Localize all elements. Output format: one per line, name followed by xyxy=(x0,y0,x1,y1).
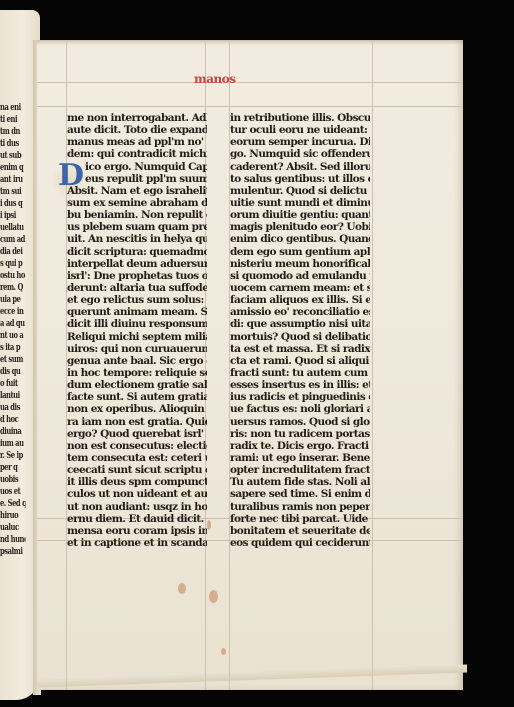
text-line: mensa eoru coram ipsis in laqueu: xyxy=(67,525,207,537)
text-line: et sum xyxy=(0,354,26,366)
text-line: go. Numquid sic offenderunt ut xyxy=(230,148,370,160)
text-line: enim dico gentibus. Quandiu qui xyxy=(230,233,370,245)
text-line: ti eni xyxy=(0,114,26,126)
text-line: i ipsi xyxy=(0,210,26,222)
text-line: forte nec tibi parcat. Uide ergo xyxy=(230,513,370,525)
text-line: ra iam non est gratia. Quid xyxy=(67,416,207,428)
text-line: uitie sunt mundi et diminutio e xyxy=(230,197,370,209)
text-line: per q xyxy=(0,462,26,474)
text-line: uocem carnem meam: et saluos xyxy=(230,282,370,294)
text-line: tur oculi eoru ne uideant: et dorsum xyxy=(230,124,370,136)
text-line: culos ut non uideant et aures xyxy=(67,488,207,500)
text-line: dem ego sum gentium aplus mi xyxy=(230,246,370,258)
text-line: e. Sed q xyxy=(0,498,26,510)
text-line: dicit illi diuinu responsum? xyxy=(67,318,207,330)
text-line: sum ex semine abraham de tri xyxy=(67,197,207,209)
text-line: rem. Q xyxy=(0,282,26,294)
text-line: ua dis xyxy=(0,402,26,414)
text-line: di: que assumptio nisi uita ex xyxy=(230,318,370,330)
text-line: uos et xyxy=(0,486,26,498)
text-line: d hoc xyxy=(0,414,26,426)
text-line: lantui xyxy=(0,390,26,402)
text-line: mulentur. Quod si delictu eo' di xyxy=(230,185,370,197)
text-line: mortuis? Quod si delibatio sanc xyxy=(230,331,370,343)
text-line: ceecati sunt sicut scriptu est. Ded xyxy=(67,464,207,476)
text-line: si quomodo ad emulandu pro xyxy=(230,270,370,282)
text-line: tm sui xyxy=(0,186,26,198)
text-line: uia pe xyxy=(0,294,26,306)
text-line: ue factus es: noli gloriari ad xyxy=(230,403,370,415)
text-line: isrl': Dne prophetas tuos occi xyxy=(67,270,207,282)
text-line: eus repulit ppl'm suum? xyxy=(67,173,207,185)
text-line: facte sunt. Si autem gratia: ia xyxy=(67,391,207,403)
text-line: ris: non tu radicem portas: sed xyxy=(230,428,370,440)
text-line: ta est et massa. Et si radix sa xyxy=(230,343,370,355)
text-line: ant iru xyxy=(0,174,26,186)
text-line: ius radicis et pinguedinis oli xyxy=(230,391,370,403)
text-line: in hoc tempore: reliquie secu xyxy=(67,367,207,379)
text-line: non ex operibus. Alioquin g xyxy=(67,403,207,415)
ruling-line-right-outer xyxy=(372,40,373,690)
text-line: s ita p xyxy=(0,342,26,354)
text-line: nd hunc xyxy=(0,534,26,546)
text-column-left: me non interrogabant. Adhucaute dicit. T… xyxy=(67,112,207,549)
text-line: na eni xyxy=(0,102,26,114)
text-line: fracti sunt: tu autem cum oleaster xyxy=(230,367,370,379)
text-line: opter incredulitatem fracti sunt. xyxy=(230,464,370,476)
foxing-stain xyxy=(221,648,226,655)
text-line: esses insertus es in illis: et soc xyxy=(230,379,370,391)
text-line: hiruo xyxy=(0,510,26,522)
text-line: psalmi xyxy=(0,546,26,558)
text-line: non est consecutus: electio au xyxy=(67,440,207,452)
text-line: caderent? Absit. Sed illorum delic xyxy=(230,161,370,173)
text-line: manus meas ad ppl'm no' cre xyxy=(67,136,207,148)
text-line: Reliqui michi septem milia xyxy=(67,331,207,343)
text-line: diuina xyxy=(0,426,26,438)
text-line: ecce in xyxy=(0,306,26,318)
text-line: ico ergo. Numquid Cap. xi xyxy=(67,161,207,173)
text-line: us plebem suam quam pre xyxy=(67,221,207,233)
text-line: faciam aliquos ex illis. Si enim xyxy=(230,294,370,306)
text-line: a ad qu xyxy=(0,318,26,330)
text-line: o fuit xyxy=(0,378,26,390)
foxing-stain xyxy=(207,520,211,530)
text-line: ut non audiant: usqz in hodi xyxy=(67,501,207,513)
text-line: magis plenitudo eor? Uobis xyxy=(230,221,370,233)
text-line: ut sub xyxy=(0,150,26,162)
text-line: amissio eo' reconciliatio est mu xyxy=(230,306,370,318)
text-line: et in captione et in scandalu et xyxy=(67,537,207,549)
text-line: dum electionem gratie salue xyxy=(67,379,207,391)
foxing-stain xyxy=(209,590,218,603)
text-line: querunt animam meam. Sed qd xyxy=(67,306,207,318)
text-line: s qui p xyxy=(0,258,26,270)
text-line: bu beniamin. Non repulit de xyxy=(67,209,207,221)
text-line: derunt: altaria tua suffoderut. xyxy=(67,282,207,294)
text-line: tem consecuta est: ceteri uo ex xyxy=(67,452,207,464)
text-line: et ego relictus sum solus: et xyxy=(67,294,207,306)
text-line: it illis deus spm compunctionis: o xyxy=(67,476,207,488)
text-line: ualuc xyxy=(0,522,26,534)
text-line: dicit scriptura: quemadmodu xyxy=(67,246,207,258)
text-line: to salus gentibus: ut illos e xyxy=(230,173,370,185)
text-line: uiros: qui non curuauerunt xyxy=(67,343,207,355)
ruling-line-head xyxy=(37,106,463,107)
text-column-right: in retributione illis. Obscuretur oculi … xyxy=(230,112,370,549)
text-line: enim q xyxy=(0,162,26,174)
facing-page-text: na eniti enitm dnti dusut subenim qant i… xyxy=(0,102,26,558)
text-line: Tu autem fide stas. Noli altu xyxy=(230,476,370,488)
text-line: in retributione illis. Obscure xyxy=(230,112,370,124)
text-line: ergo? Quod querebat isrl' hoc xyxy=(67,428,207,440)
text-line: ti dus xyxy=(0,138,26,150)
text-line: tm dn xyxy=(0,126,26,138)
text-line: me non interrogabant. Adhuc xyxy=(67,112,207,124)
page-top-shadow xyxy=(37,40,463,45)
running-head: manos xyxy=(194,72,235,86)
text-line: orum diuitie gentiu: quanto xyxy=(230,209,370,221)
text-line: dia dei xyxy=(0,246,26,258)
text-line: r. Se ip xyxy=(0,450,26,462)
text-line: Absit. Nam et ego israhelita xyxy=(67,185,207,197)
text-line: ostu ho xyxy=(0,270,26,282)
text-line: ernu diem. Et dauid dicit. Fiat xyxy=(67,513,207,525)
text-line: nt uo a xyxy=(0,330,26,342)
text-line: bonitatem et seueritate dei. In xyxy=(230,525,370,537)
foxing-stain xyxy=(178,583,186,594)
text-line: nisteriu meum honorificabo: xyxy=(230,258,370,270)
text-line: turalibus ramis non pepercit: ne xyxy=(230,501,370,513)
text-line: uersus ramos. Quod si gloria xyxy=(230,416,370,428)
text-line: cum ad xyxy=(0,234,26,246)
text-line: aute dicit. Toto die expandi xyxy=(67,124,207,136)
text-line: i dus q xyxy=(0,198,26,210)
text-line: uobis xyxy=(0,474,26,486)
text-line: eos quidem qui ceciderunt seueri xyxy=(230,537,370,549)
text-line: ium au xyxy=(0,438,26,450)
ruling-line-top xyxy=(37,82,463,83)
text-line: rami: ut ego inserar. Bene. Pr xyxy=(230,452,370,464)
text-line: cta et rami. Quod si aliqui ex ramis xyxy=(230,355,370,367)
text-line: dis qu xyxy=(0,366,26,378)
text-line: interpellat deum aduersum xyxy=(67,258,207,270)
text-line: uellatu xyxy=(0,222,26,234)
text-line: sapere sed time. Si enim deus na xyxy=(230,488,370,500)
text-line: eorum semper incurua. Dico er xyxy=(230,136,370,148)
text-line: dem: qui contradicit michi. xyxy=(67,148,207,160)
text-line: genua ante baal. Sic ergo et xyxy=(67,355,207,367)
text-line: uit. An nescitis in helya quid xyxy=(67,233,207,245)
text-line: radix te. Dicis ergo. Fracti s' xyxy=(230,440,370,452)
